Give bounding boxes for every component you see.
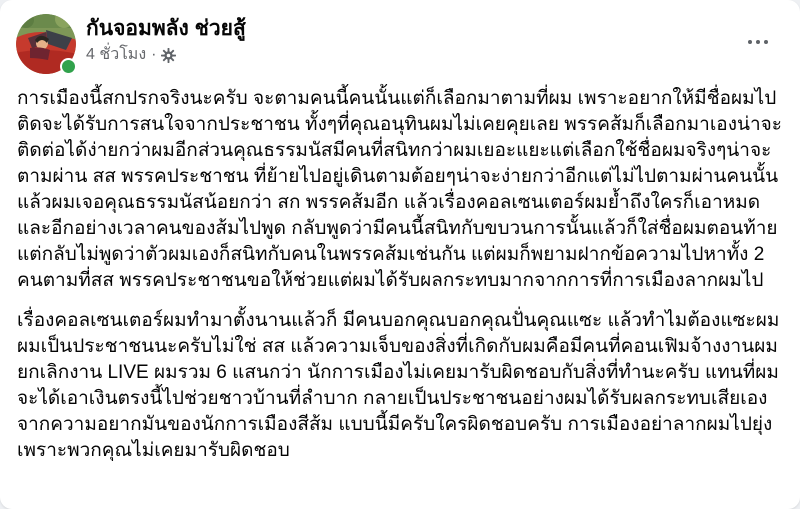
post-body: การเมืองนี้สกปรกจริงนะครับ จะตามคนนี้คนน… — [0, 78, 800, 470]
post-text-paragraph: เรื่องคอลเซนเตอร์ผมทำมาตั้งนานแล้วก็ มีค… — [17, 308, 788, 464]
avatar[interactable] — [16, 14, 76, 74]
post-card: กันจอมพลัง ช่วยสู้ 4 ชั่วโมง · — [0, 0, 800, 509]
gear-icon — [161, 48, 176, 63]
ellipsis-icon — [748, 40, 753, 45]
post-timestamp[interactable]: 4 ชั่วโมง — [86, 45, 146, 65]
meta-separator: · — [151, 45, 156, 65]
post-menu-button[interactable] — [738, 26, 778, 58]
post-header: กันจอมพลัง ช่วยสู้ 4 ชั่วโมง · — [0, 0, 800, 78]
online-indicator — [60, 58, 77, 75]
author-name[interactable]: กันจอมพลัง ช่วยสู้ — [86, 16, 246, 42]
post-meta: 4 ชั่วโมง · — [86, 45, 246, 65]
header-text: กันจอมพลัง ช่วยสู้ 4 ชั่วโมง · — [86, 14, 246, 65]
post-text-paragraph: การเมืองนี้สกปรกจริงนะครับ จะตามคนนี้คนน… — [17, 86, 788, 294]
